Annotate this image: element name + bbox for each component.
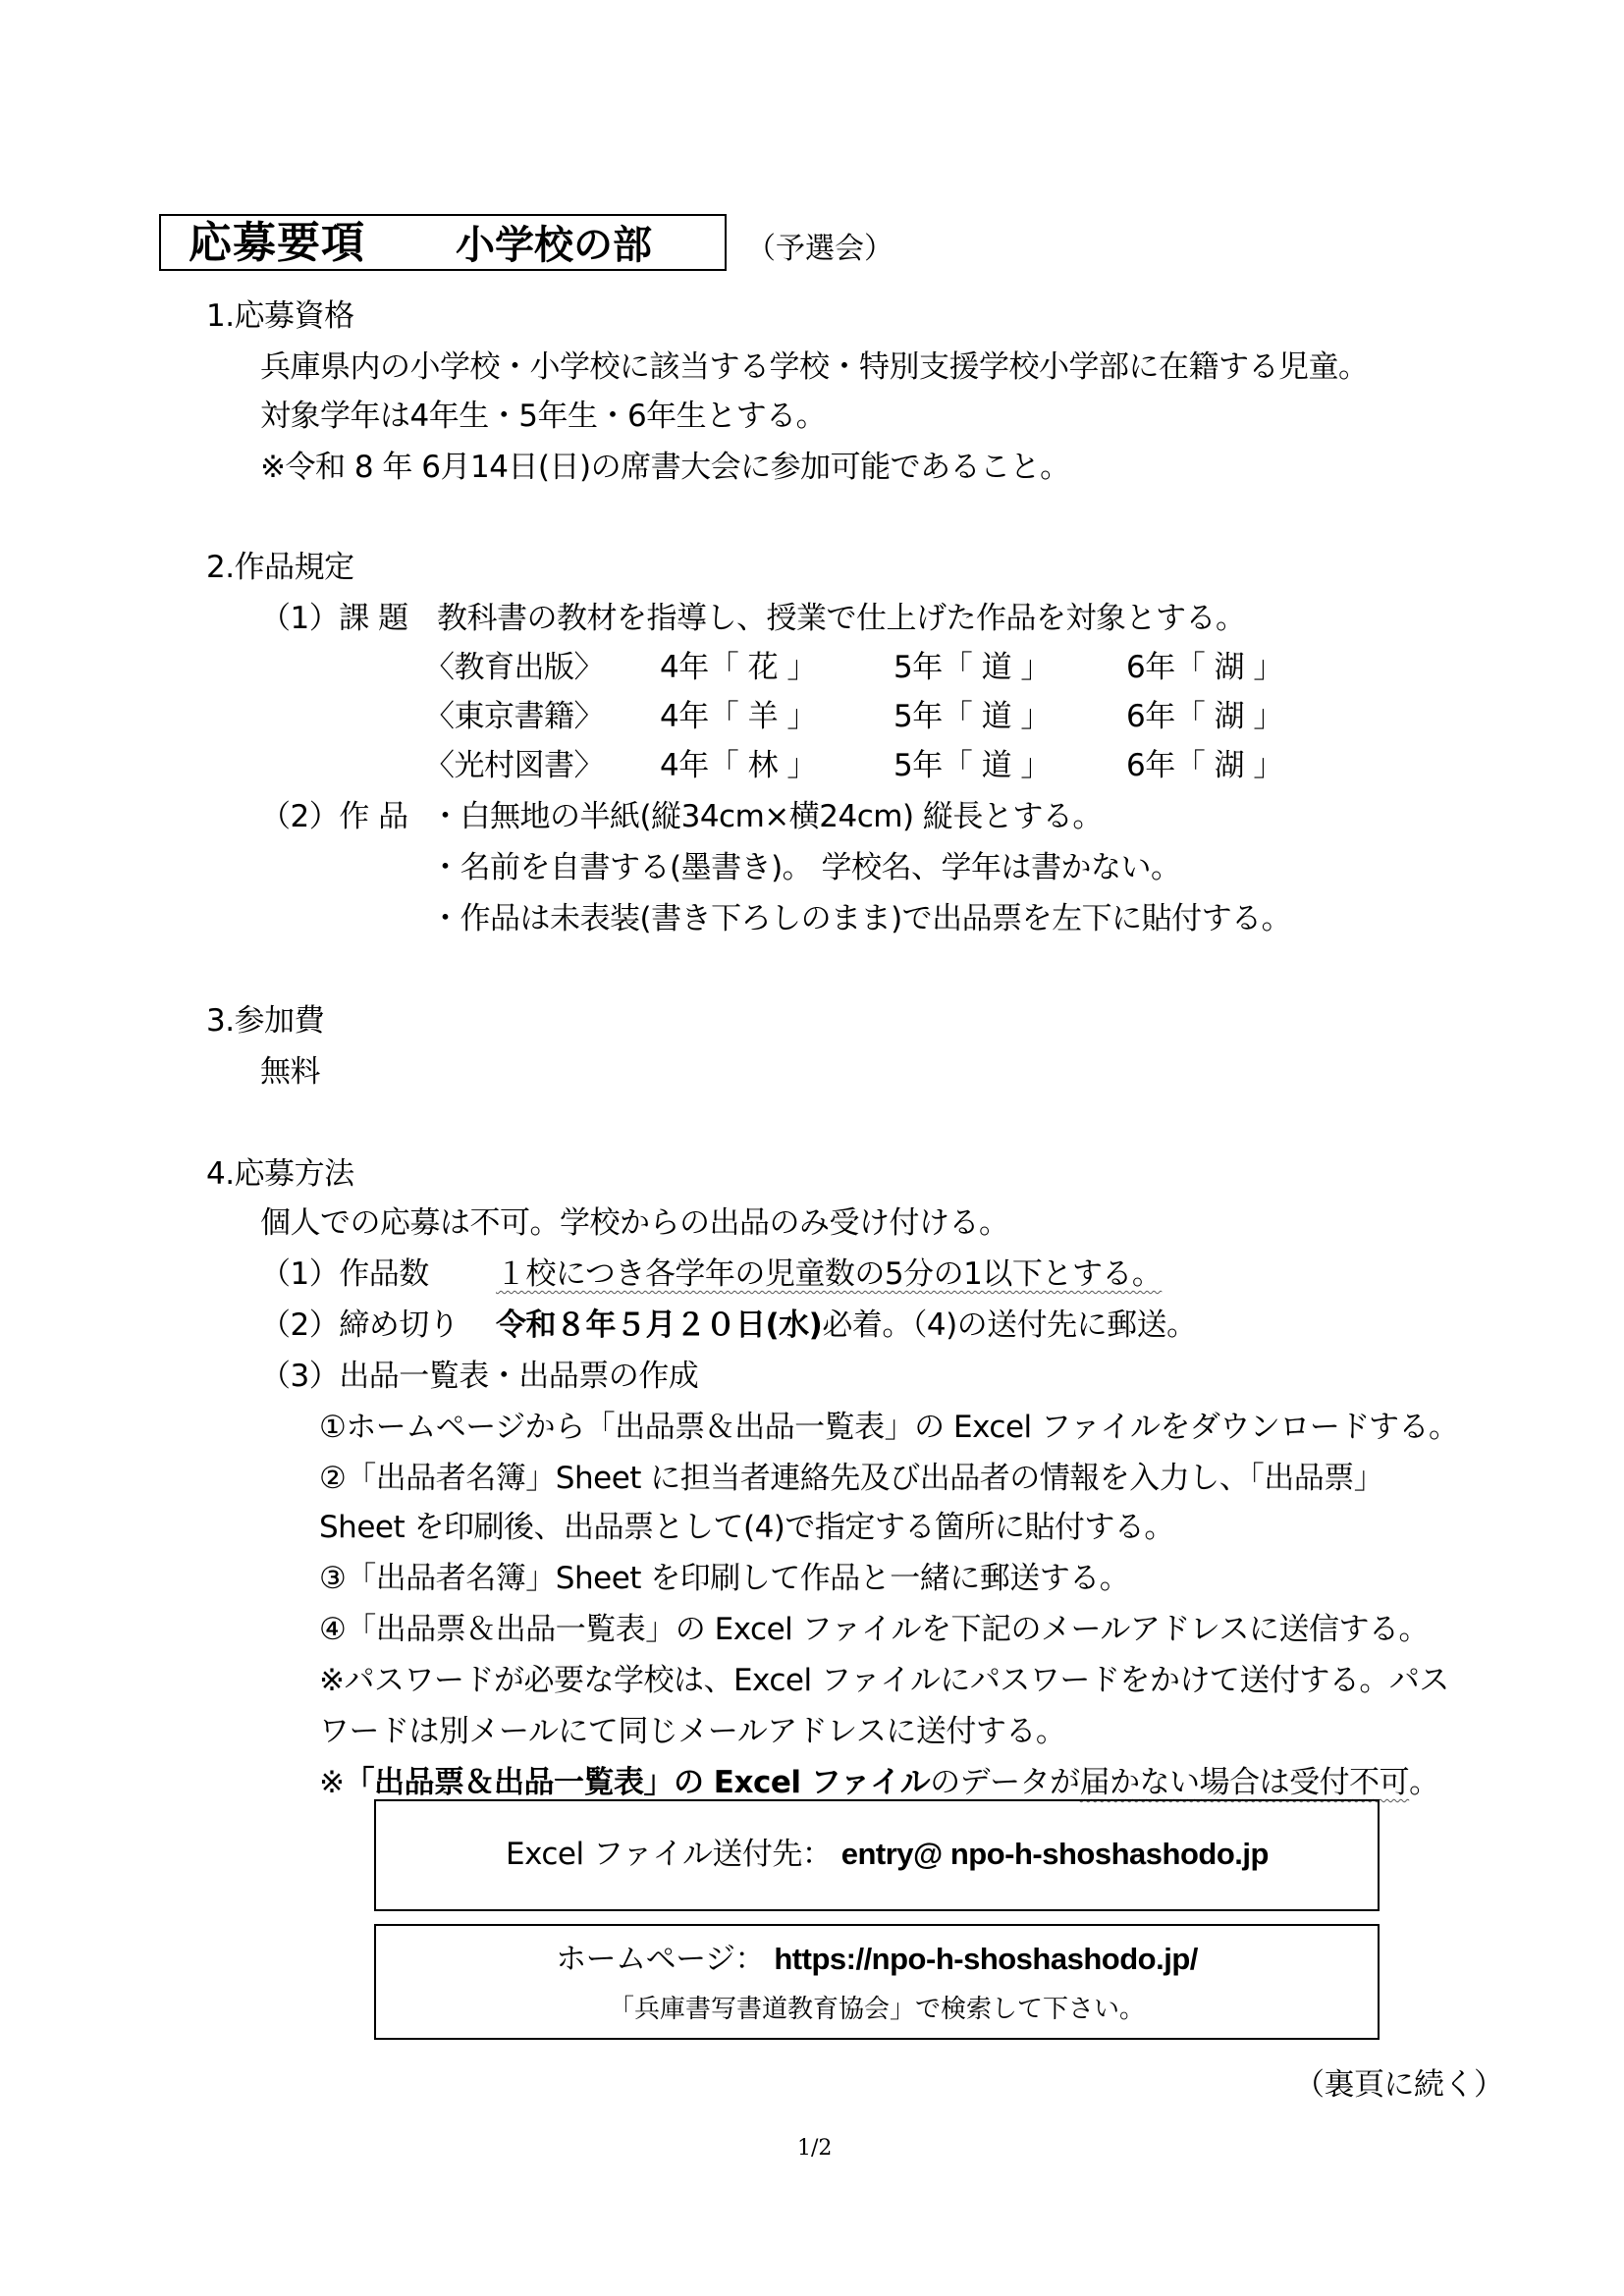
method-item2-label: （2）締め切り — [260, 1306, 459, 1345]
note-bold: 「出品票＆出品一覧表」の Excel ファイル — [344, 1765, 930, 1800]
email-label: Excel ファイル送付先： — [506, 1837, 832, 1872]
publisher-name: 〈教育出版〉 — [424, 648, 604, 687]
eligibility-line: 兵庫県内の小学校・小学校に該当する学校・特別支援学校小学部に在籍する児童。 — [260, 347, 1369, 387]
grade4-subject: 4年「 羊 」 — [660, 697, 817, 736]
continued-note: （裏頁に続く） — [1294, 2065, 1504, 2105]
rejection-note: ※「出品票＆出品一覧表」の Excel ファイルのデータが届かない場合は受付不可… — [319, 1763, 1439, 1802]
method-intro: 個人での応募は不可。学校からの出品のみ受け付ける。 — [260, 1203, 1009, 1243]
email-box: Excel ファイル送付先： entry@ npo-h-shoshashodo.… — [374, 1799, 1380, 1911]
step-2-cont: Sheet を印刷後、出品票として(4)で指定する箇所に貼付する。 — [319, 1508, 1174, 1547]
step-1: ①ホームページから「出品票＆出品一覧表」の Excel ファイルをダウンロードす… — [319, 1408, 1458, 1447]
password-note-cont: ワードは別メールにて同じメールアドレスに送付する。 — [319, 1712, 1065, 1751]
homepage-box: ホームページ： https://npo-h-shoshashodo.jp/ 「兵… — [374, 1924, 1380, 2040]
grade4-subject: 4年「 林 」 — [660, 746, 817, 785]
title-note: （予選会） — [746, 224, 893, 267]
email-address[interactable]: entry@ npo-h-shoshashodo.jp — [841, 1837, 1269, 1871]
grade4-subject: 4年「 花 」 — [660, 648, 817, 687]
page-number: 1/2 — [797, 2136, 832, 2161]
method-item3-label: （3）出品一覧表・出品票の作成 — [260, 1357, 698, 1396]
step-3: ③「出品者名簿」Sheet を印刷して作品と一緒に郵送する。 — [319, 1559, 1129, 1598]
title-box: 応募要項 小学校の部 — [159, 214, 727, 271]
note-mid: のデータが — [930, 1765, 1080, 1800]
password-note: ※パスワードが必要な学校は、Excel ファイルにパスワードをかけて送付する。パ… — [319, 1661, 1449, 1700]
section-heading-rules: 2.作品規定 — [206, 548, 354, 587]
note-end: 。 — [1409, 1765, 1439, 1800]
homepage-url[interactable]: https://npo-h-shoshashodo.jp/ — [774, 1942, 1198, 1976]
grade6-subject: 6年「 湖 」 — [1126, 697, 1283, 736]
note-mark: ※ — [319, 1765, 344, 1800]
rules-item1-label: （1）課 題 — [260, 599, 408, 638]
quantity-limit-text: １校につき各学年の児童数の5分の1以下とする。 — [496, 1255, 1162, 1294]
eligibility-line: ※令和 8 年 6月14日(日)の席書大会に参加可能であること。 — [260, 448, 1070, 487]
section-heading-eligibility: 1.応募資格 — [206, 296, 354, 336]
work-spec-line: ・作品は未表装(書き下ろしのまま)で出品票を左下に貼付する。 — [430, 899, 1291, 938]
work-spec-line: ・名前を自書する(墨書き)。 学校名、学年は書かない。 — [430, 848, 1181, 887]
publisher-name: 〈光村図書〉 — [424, 746, 604, 785]
fee-value: 無料 — [260, 1052, 320, 1092]
rules-item1-text: 教科書の教材を指導し、授業で仕上げた作品を対象とする。 — [437, 599, 1246, 638]
page-title: 応募要項 — [189, 220, 365, 267]
rules-item2-label: （2）作 品 — [260, 797, 408, 836]
step-2: ②「出品者名簿」Sheet に担当者連絡先及び出品者の情報を入力し、「出品票」 — [319, 1459, 1383, 1498]
search-hint: 「兵庫書写書道教育協会」で検索して下さい。 — [376, 1993, 1378, 2026]
deadline-note: 必着。（4)の送付先に郵送。 — [822, 1308, 1196, 1343]
deadline-date: 令和８年５月２０日(水) — [496, 1308, 822, 1343]
grade5-subject: 5年「 道 」 — [893, 746, 1051, 785]
grade6-subject: 6年「 湖 」 — [1126, 746, 1283, 785]
section-heading-method: 4.応募方法 — [206, 1154, 354, 1194]
grade6-subject: 6年「 湖 」 — [1126, 648, 1283, 687]
note-warning: 届かない場合は受付不可 — [1080, 1765, 1410, 1800]
homepage-label: ホームページ： — [556, 1942, 765, 1977]
grade5-subject: 5年「 道 」 — [893, 697, 1051, 736]
page-subtitle: 小学校の部 — [456, 224, 652, 267]
eligibility-line: 対象学年は4年生・5年生・6年生とする。 — [260, 397, 826, 436]
section-heading-fee: 3.参加費 — [206, 1001, 324, 1041]
deadline-line: 令和８年５月２０日(水)必着。（4)の送付先に郵送。 — [496, 1306, 1197, 1345]
grade5-subject: 5年「 道 」 — [893, 648, 1051, 687]
step-4: ④「出品票＆出品一覧表」の Excel ファイルを下記のメールアドレスに送信する… — [319, 1610, 1429, 1649]
publisher-name: 〈東京書籍〉 — [424, 697, 604, 736]
method-item1-label: （1）作品数 — [260, 1255, 429, 1294]
homepage-line: ホームページ： https://npo-h-shoshashodo.jp/ — [376, 1940, 1378, 1979]
work-spec-line: ・白無地の半紙(縦34cm×横24cm) 縦長とする。 — [430, 797, 1103, 836]
email-line: Excel ファイル送付先： entry@ npo-h-shoshashodo.… — [506, 1835, 1269, 1874]
